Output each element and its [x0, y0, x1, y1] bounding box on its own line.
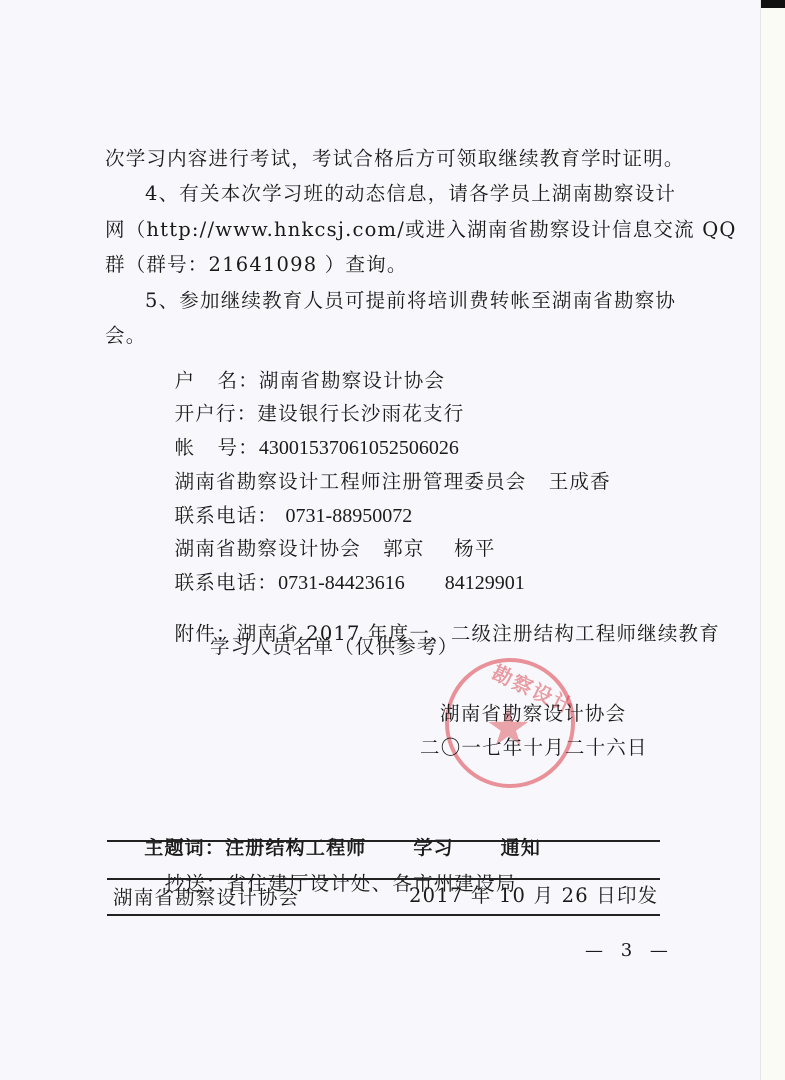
paragraph-4-line-3: 群（群号：21641098 ）查询。: [105, 253, 408, 277]
contact-people: 王成香: [549, 470, 611, 493]
scan-edge: [760, 0, 785, 1080]
paragraph-4-line-2: 网（http://www.hnkcsj.com/或进入湖南省勘察设计信息交流 Q…: [105, 218, 737, 242]
attachment-line-1: 附件：湖南省 2017 年度一、二级注册结构工程师继续教育: [145, 598, 720, 670]
signature-date: 二〇一七年十月二十六日: [420, 736, 648, 760]
issuer: 湖南省勘察设计协会: [113, 886, 299, 910]
paragraph-5-line-2: 会。: [105, 324, 146, 348]
divider: [107, 878, 660, 880]
signature-org: 湖南省勘察设计协会: [440, 702, 626, 726]
divider: [107, 914, 660, 916]
document-page: 次学习内容进行考试，考试合格后方可领取继续教育学时证明。 4、有关本次学习班的动…: [0, 0, 785, 1080]
scan-corner: [761, 0, 785, 8]
attachment-line-2: 学习人员名单（仅供参考）: [210, 635, 458, 659]
paragraph-5-line-1: 5、参加继续教育人员可提前将培训费转帐至湖南省勘察协: [145, 289, 676, 313]
contact-phones: 0731-84423616 84129901: [278, 572, 525, 594]
divider: [107, 840, 660, 842]
paragraph-4-line-1: 4、有关本次学习班的动态信息，请各学员上湖南勘察设计: [145, 182, 676, 206]
issue-date: 2017 年 10 月 26 日印发: [409, 884, 658, 908]
contact-phone-label: 联系电话：: [175, 571, 279, 594]
page-number: — 3 —: [585, 940, 674, 961]
paragraph-3-tail: 次学习内容进行考试，考试合格后方可领取继续教育学时证明。: [105, 147, 685, 171]
